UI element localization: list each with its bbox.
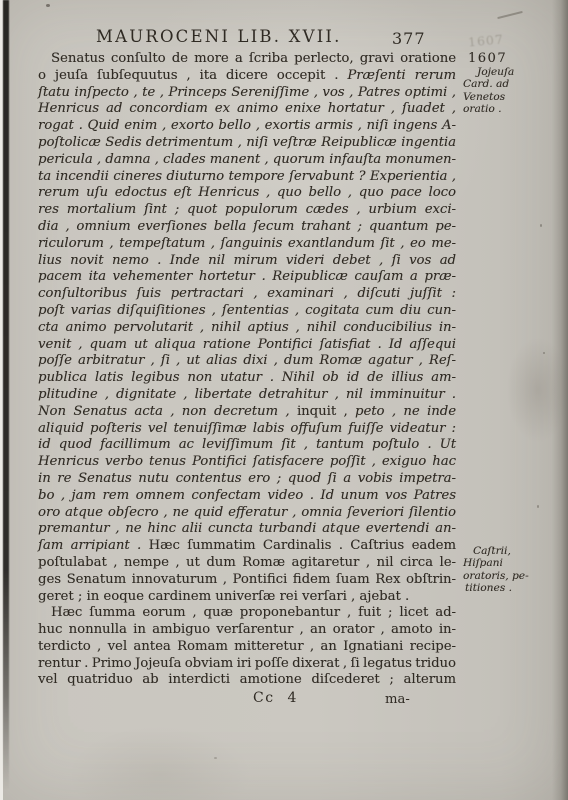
- text-line: poſtolicæ Sedis detrimentum , niſi veſtr…: [38, 135, 456, 152]
- text-line: in re Senatus nutu contentus ero ; quod …: [38, 471, 456, 488]
- text-line: poſſe arbitratur , ſi , ut alias dixi , …: [38, 353, 456, 370]
- text-line: ta incendii cineres diuturno tempore ſer…: [38, 169, 456, 186]
- text-line: riculorum , tempeſtatum , ſanguinis exan…: [38, 236, 456, 253]
- text-line: oro atque obſecro , ne quid efferatur , …: [38, 505, 456, 522]
- text-line: o jeuſa ſubſequutus , ita dicere occepit…: [38, 68, 456, 85]
- margin-note-joyeuse-oration: 1607JojeuſaCard. adVenetosoratio .: [463, 51, 565, 115]
- text-line: ſtatu inſpecto , te , Princeps Sereniſſi…: [38, 85, 456, 102]
- text-line: cta animo pervolutarit , nihil aptius , …: [38, 320, 456, 337]
- main-text-block: Senatus conſulto de more a ſcriba perlec…: [38, 51, 456, 689]
- book-gutter-shadow: [3, 0, 9, 790]
- ink-speck: [46, 4, 50, 7]
- text-line: conſultoribus ſuis pertractari , examina…: [38, 286, 456, 303]
- text-line: lius novit nemo . Inde nil mirum videri …: [38, 253, 456, 270]
- text-line: id quod facillimum ac leviſſimum ſit , t…: [38, 437, 456, 454]
- book-page-scan: 1607 MAUROCENI LIB. XVII. 377 Senatus co…: [0, 0, 568, 800]
- text-line: pacem ita vehementer hortetur . Reipubli…: [38, 269, 456, 286]
- text-line: publica latis legibus non utatur . Nihil…: [38, 370, 456, 387]
- ink-speck: [543, 352, 545, 354]
- margin-note-line: Venetos: [463, 91, 565, 103]
- text-line: dia , omnium everſiones bella ſecum trah…: [38, 219, 456, 236]
- text-line: rogat . Quid enim , exorto bello , exort…: [38, 118, 456, 135]
- pen-mark: [497, 11, 523, 19]
- text-line: Hæc ſumma eorum , quæ proponebantur , fu…: [38, 605, 456, 622]
- margin-note-year: 1607: [468, 51, 565, 66]
- ink-speck: [540, 224, 542, 227]
- margin-note-line: Jojeuſa: [477, 66, 565, 78]
- margin-note-line: titiones .: [465, 582, 565, 594]
- text-line: terdicto , vel antea Romam mitteretur , …: [38, 639, 456, 656]
- text-line: pericula , damna , clades manent , quoru…: [38, 152, 456, 169]
- margin-note-line: oratio .: [463, 103, 565, 115]
- margin-note-castrius-petitions: Caſtrii,Hiſpanioratoris, pe-titiones .: [463, 545, 565, 594]
- text-line: Senatus conſulto de more a ſcriba perlec…: [38, 51, 456, 68]
- text-line: rerum uſu edoctus eſt Henricus , quo bel…: [38, 185, 456, 202]
- page-number: 377: [392, 29, 426, 48]
- text-line: premantur , ne hinc alii cuncta turbandi…: [38, 521, 456, 538]
- gathering-signature: Cc 4: [253, 690, 298, 706]
- text-line: rentur . Primo Jojeuſa obviam iri poſſe …: [38, 656, 456, 673]
- text-line: huc nonnulla in ambiguo verſarentur , an…: [38, 622, 456, 639]
- text-line: Henricus ad concordiam ex animo enixe ho…: [38, 101, 456, 118]
- margin-note-line: Hiſpani: [463, 557, 565, 569]
- text-line: res mortalium ſint ; quot populorum cæde…: [38, 202, 456, 219]
- text-line: vel quatriduo ab interdicti amotione diſ…: [38, 672, 456, 689]
- margin-note-line: oratoris, pe-: [463, 570, 565, 582]
- page-right-edge-shadow: [552, 0, 568, 800]
- text-line: bo , jam rem omnem confectam video . Id …: [38, 488, 456, 505]
- text-line: geret ; in eoque cardinem univerſæ rei v…: [38, 589, 456, 606]
- text-line: plitudine , dignitate , libertate detrah…: [38, 387, 456, 404]
- ink-showthrough-year: 1607: [467, 31, 504, 49]
- catchword: ma-: [385, 692, 410, 707]
- ink-speck: [537, 505, 539, 508]
- ink-speck: [214, 757, 217, 759]
- text-line: venit , quam ut aliqua ratione Pontifici…: [38, 337, 456, 354]
- margin-note-line: Card. ad: [463, 78, 565, 90]
- running-head-title: MAUROCENI LIB. XVII.: [96, 27, 342, 46]
- text-line: Henricus verbo tenus Pontifici ſatisface…: [38, 454, 456, 471]
- margin-note-line: Caſtrii,: [473, 545, 565, 557]
- text-line: poſt varias diſquiſitiones , ſententias …: [38, 303, 456, 320]
- text-line: ſam arripiant . Hæc ſummatim Cardinalis …: [38, 538, 456, 555]
- text-line: poſtulabat , nempe , ut dum Romæ agitare…: [38, 555, 456, 572]
- text-line: Non Senatus acta , non decretum , inquit…: [38, 404, 456, 421]
- text-line: ges Senatum innovaturum , Pontifici fide…: [38, 572, 456, 589]
- text-line: aliquid poſteris vel tenuiſſimæ labis of…: [38, 421, 456, 438]
